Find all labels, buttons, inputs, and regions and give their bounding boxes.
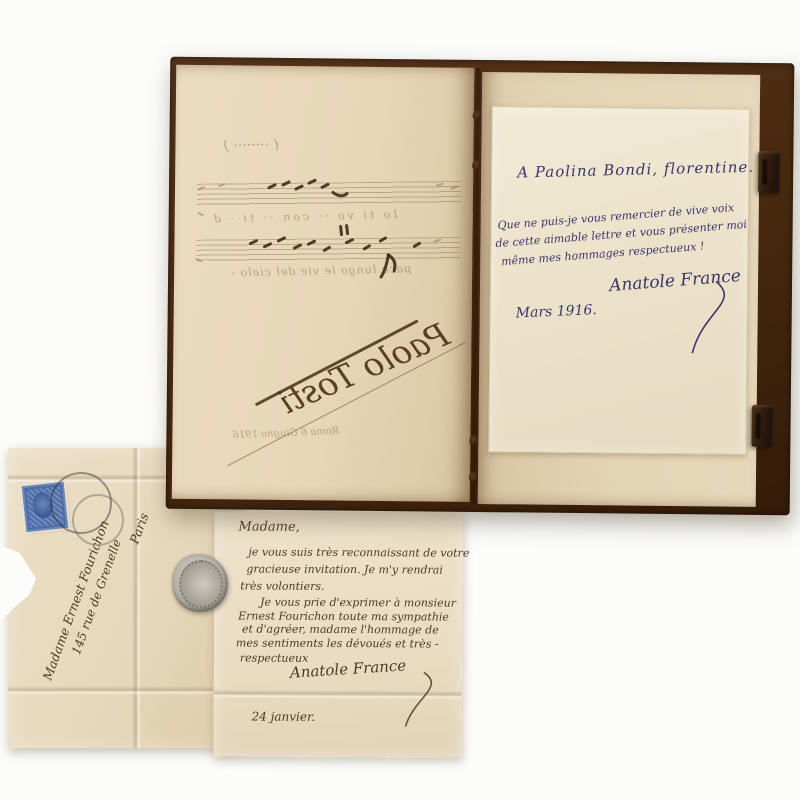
letter-sheet: Madame, je vous suis très reconnaissant …	[213, 511, 462, 757]
letter-date: 24 janvier.	[252, 710, 316, 724]
book-clasp-bottom	[751, 405, 773, 447]
mirrored-date-roma: Roma 6 Giugno 1916	[232, 426, 339, 441]
autograph-album: ( ········ ) Io ti vo ·· con ·· ti · d p…	[166, 57, 795, 516]
letter-line: Ernest Fourichon toute ma sympathie	[238, 609, 449, 623]
clasp-slot	[762, 159, 767, 185]
inscription-panel: A Paolina Bondi, florentine. Que ne puis…	[488, 106, 750, 455]
signature-flourish	[361, 664, 461, 735]
book-clasp-top	[758, 151, 780, 193]
letter-line: Je vous prie d'exprimer à monsieur	[260, 596, 456, 610]
photograph: Madame Ernest Fourichon 145 rue de Grene…	[0, 0, 800, 800]
letter-line: et d'agréer, madame l'hommage de	[242, 622, 439, 636]
album-left-page: ( ········ ) Io ti vo ·· con ·· ti · d p…	[172, 65, 475, 502]
music-notes	[188, 173, 469, 286]
letter-line: gracieuse invitation. Je m'y rendrai	[246, 563, 443, 577]
mirrored-song-title: ( ········ )	[223, 137, 279, 154]
wax-seal-impression	[179, 560, 223, 608]
clasp-slot	[755, 413, 760, 439]
letter-line: très volontiers.	[240, 579, 324, 592]
envelope-fold-crease	[8, 686, 240, 695]
letter-line: je vous suis très reconnaissant de votre	[248, 546, 469, 560]
inscription-date: Mars 1916.	[515, 302, 597, 321]
wax-seal	[172, 554, 228, 612]
mirrored-signature-paolo-tosti: Paolo Tosti	[273, 314, 455, 422]
letter-salutation: Madame,	[239, 519, 300, 534]
signature-flourish	[620, 266, 741, 367]
letter-line: mes sentiments les dévoués et très -	[236, 636, 439, 650]
dedication-line: A Paolina Bondi, florentine.	[517, 158, 754, 182]
